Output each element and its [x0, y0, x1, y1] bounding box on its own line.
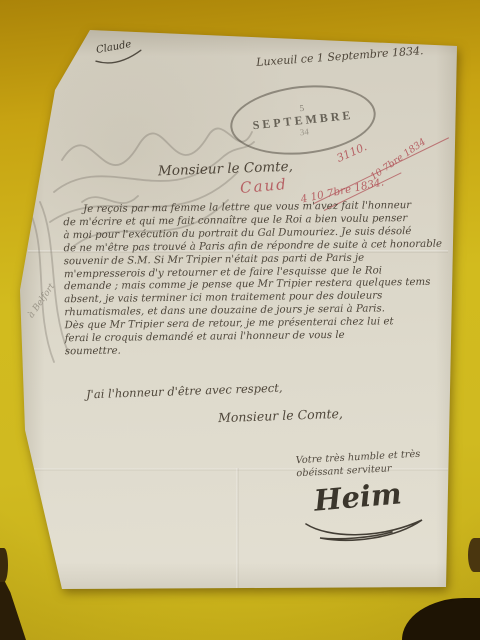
registry-name: Caud — [239, 175, 288, 197]
registry-date-upper: 10 7bre 1834 — [369, 136, 428, 182]
postmark-day: 5 — [299, 103, 304, 112]
photo-shadow-right-edge — [468, 538, 480, 572]
fold-crease-vertical — [236, 468, 239, 588]
postmark-year: 34 — [299, 126, 309, 137]
signature: Heim — [313, 476, 403, 518]
closing-address: Monsieur le Comte, — [218, 406, 343, 425]
letter-body: Je reçois par ma femme la lettre que vou… — [63, 200, 441, 359]
photo-of-letter: Claude Luxeuil ce 1 Septembre 1834. 5 SE… — [0, 0, 480, 640]
dateline: Luxeuil ce 1 Septembre 1834. — [256, 44, 424, 69]
letter-paper: Claude Luxeuil ce 1 Septembre 1834. 5 SE… — [18, 28, 458, 590]
signature-flourish-icon — [300, 514, 430, 544]
paper-sheet: Claude Luxeuil ce 1 Septembre 1834. 5 SE… — [18, 28, 458, 590]
photo-shadow-left-edge — [0, 548, 8, 582]
valediction: Votre très humble et très obéissant serv… — [295, 448, 421, 480]
